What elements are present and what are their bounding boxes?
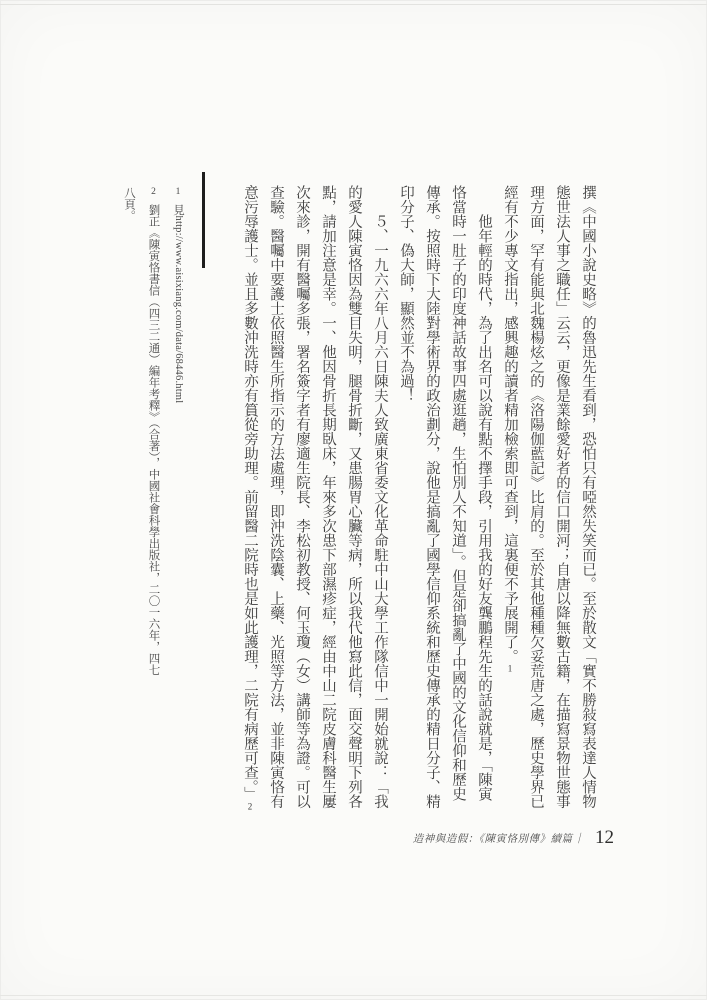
footnote-text: 劉正《陳寅恪書信（四三二通）編年考釋》（合著），中國社會科學出版社，二〇一六年，… [123, 187, 160, 676]
footnote-1: 1見http://www.aisixiang.com/data/68446.ht… [166, 187, 191, 679]
scanned-book-page: 撰《中國小說史略》的魯迅先生看到，恐怕只有啞然失笑而已。至於散文「實不勝敍寫表達… [0, 0, 707, 1000]
footnote-ref-1: 1 [505, 664, 515, 674]
paragraph: 他年輕的時代，為了出名可以說有點不擇手段，引用我的好友龔鵬程先生的話說就是，「陳… [393, 185, 497, 813]
paragraph: ５、一九六六年八月六日陳夫人致廣東省委文化革命駐中山大學工作隊信中一開始就說：「… [237, 185, 393, 813]
page-body-text: 撰《中國小說史略》的魯迅先生看到，恐怕只有啞然失笑而已。至於散文「實不勝敍寫表達… [209, 185, 601, 813]
scan-edge-bottom [0, 995, 707, 996]
footer-separator: ｜ [574, 831, 585, 846]
paragraph-text: 撰《中國小說史略》的魯迅先生看到，恐怕只有啞然失笑而已。至於散文「實不勝敍寫表達… [502, 185, 596, 809]
scan-edge-top [0, 4, 707, 5]
page-number: 12 [595, 827, 614, 849]
footnote-ref-2: 2 [245, 801, 255, 811]
footnote-url: http://www.aisixiang.com/data/68446.html [173, 216, 184, 404]
running-footer: 造神與造假：《陳寅恪別傳》續篇 ｜ 12 [413, 827, 614, 849]
paragraph: 撰《中國小說史略》的魯迅先生看到，恐怕只有啞然失笑而已。至於散文「實不勝敍寫表達… [497, 185, 601, 813]
footnotes: 1見http://www.aisixiang.com/data/68446.ht… [136, 187, 190, 679]
footnote-number: 1 [173, 187, 183, 197]
footnote-number: 2 [149, 187, 159, 197]
paragraph-text: ５、一九六六年八月六日陳夫人致廣東省委文化革命駐中山大學工作隊信中一開始就說：「… [242, 185, 388, 809]
paragraph-text: 他年輕的時代，為了出名可以說有點不擇手段，引用我的好友龔鵬程先生的話說就是，「陳… [398, 185, 492, 809]
running-title: 造神與造假：《陳寅恪別傳》續篇 [413, 831, 573, 846]
footnote-text: 見 [172, 204, 184, 216]
footnote-separator-rule [202, 172, 205, 268]
footnote-2: 2劉正《陳寅恪書信（四三二通）編年考釋》（合著），中國社會科學出版社，二〇一六年… [117, 187, 166, 679]
